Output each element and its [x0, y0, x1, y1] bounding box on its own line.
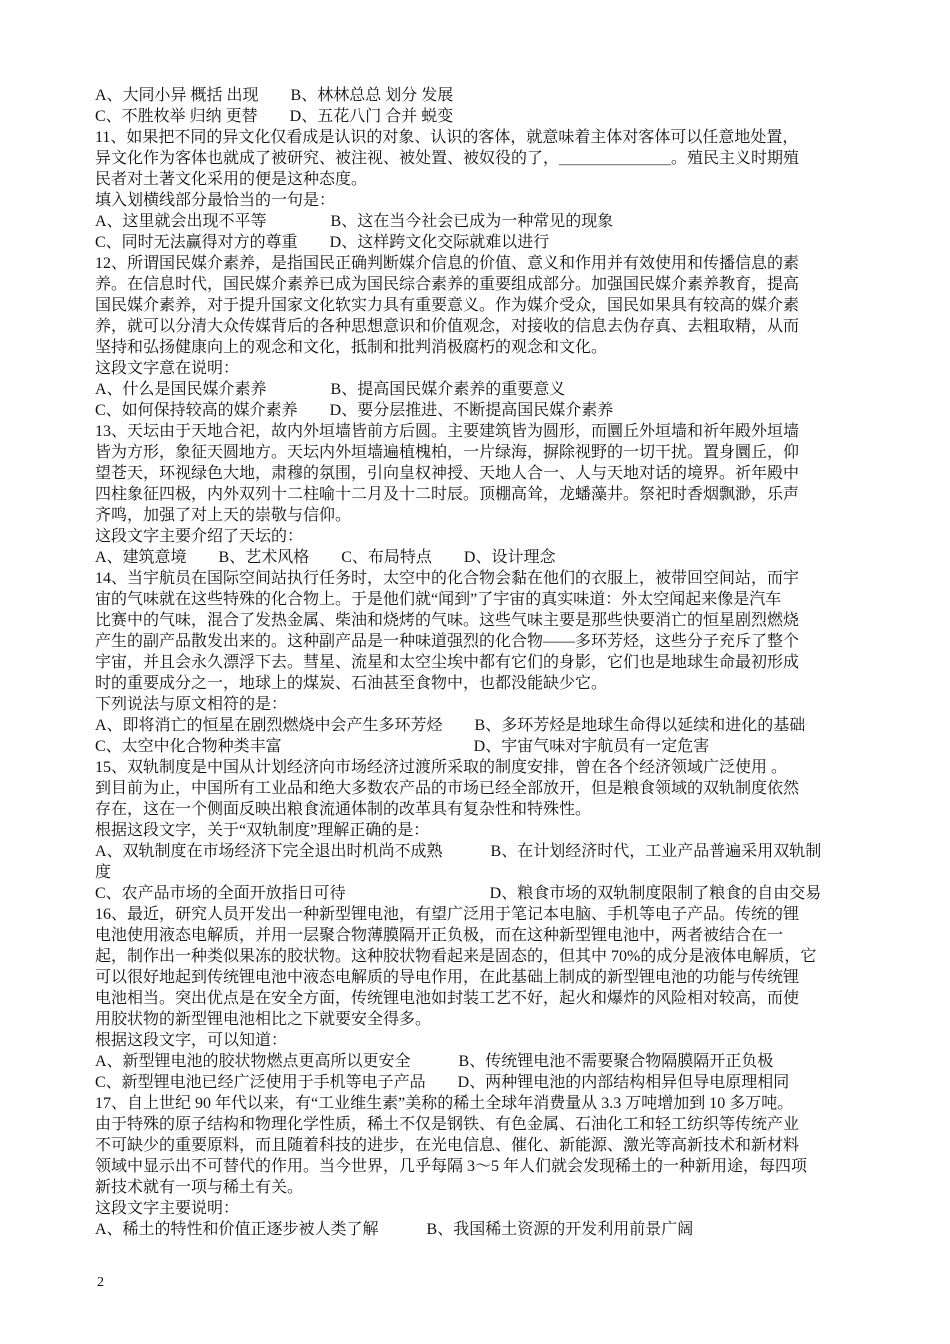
text-line: 养。在信息时代，国民媒介素养已成为国民综合素养的重要组成部分。加强国民媒介素养教…: [95, 274, 885, 295]
text-line: 异文化作为客体也就成了被研究、被注视、被处置、被奴役的了，＿＿＿＿＿＿＿。殖民主…: [95, 148, 885, 169]
text-line: C、农产品市场的全面开放指日可待 D、粮食市场的双轨制度限制了粮食的自由交易: [95, 883, 885, 904]
question-block-14: 14、当宇航员在国际空间站执行任务时，太空中的化合物会黏在他们的衣服上，被带回空…: [95, 568, 885, 757]
question-block-16: 16、最近，研究人员开发出一种新型锂电池，有望广泛用于笔记本电脑、手机等电子产品…: [95, 904, 885, 1093]
text-line: 用胶状物的新型锂电池相比之下就要安全得多。: [95, 1009, 885, 1030]
text-line: 17、自上世纪 90 年代以来，有“工业维生素”美称的稀土全球年消费量从 3.3…: [95, 1093, 885, 1114]
text-line: 不可缺少的重要原料，而且随着科技的进步，在光电信息、催化、新能源、激光等高新技术…: [95, 1135, 885, 1156]
text-line: 新技术就有一项与稀土有关。: [95, 1177, 885, 1198]
text-line: 14、当宇航员在国际空间站执行任务时，太空中的化合物会黏在他们的衣服上，被带回空…: [95, 568, 885, 589]
text-line: 宇宙，并且会永久漂浮下去。彗星、流星和太空尘埃中都有它们的身影，它们也是地球生命…: [95, 652, 885, 673]
text-line: 16、最近，研究人员开发出一种新型锂电池，有望广泛用于笔记本电脑、手机等电子产品…: [95, 904, 885, 925]
text-line: 这段文字主要说明：: [95, 1198, 885, 1219]
text-line: 15、双轨制度是中国从计划经济向市场经济过渡所采取的制度安排，曾在各个经济领域广…: [95, 757, 885, 778]
page-number: 2: [97, 1274, 104, 1292]
text-line: C、太空中化合物种类丰富 D、宇宙气味对宇航员有一定危害: [95, 736, 885, 757]
question-block-11: 11、如果把不同的异文化仅看成是认识的对象、认识的客体，就意味着主体对客体可以任…: [95, 127, 885, 253]
text-line: 产生的副产品散发出来的。这种副产品是一种味道强烈的化合物——多环芳烃，这些分子充…: [95, 631, 885, 652]
text-line: 到目前为止，中国所有工业品和绝大多数农产品的市场已经全部放开，但是粮食领域的双轨…: [95, 778, 885, 799]
text-line: 望苍天，环视绿色大地，肃穆的氛围，引向皇权神授、天地人合一、人与天地对话的境界。…: [95, 463, 885, 484]
text-line: C、如何保持较高的媒介素养 D、要分层推进、不断提高国民媒介素养: [95, 400, 885, 421]
text-line: 12、所谓国民媒介素养，是指国民正确判断媒介信息的价值、意义和作用并有效使用和传…: [95, 253, 885, 274]
text-line: 民者对土著文化采用的便是这种态度。: [95, 169, 885, 190]
text-line: A、新型锂电池的胶状物燃点更高所以更安全 B、传统锂电池不需要聚合物隔膜隔开正负…: [95, 1051, 885, 1072]
text-line: 由于特殊的原子结构和物理化学性质，稀土不仅是钢铁、有色金属、石油化工和轻工纺织等…: [95, 1114, 885, 1135]
text-line: 坚持和弘扬健康向上的观念和文化，抵制和批判消极腐朽的观念和文化。: [95, 337, 885, 358]
text-line: A、双轨制度在市场经济下完全退出时机尚不成熟 B、在计划经济时代，工业产品普遍采…: [95, 841, 885, 862]
text-line: 根据这段文字，可以知道：: [95, 1030, 885, 1051]
text-line: A、即将消亡的恒星在剧烈燃烧中会产生多环芳烃 B、多环芳烃是地球生命得以延续和进…: [95, 715, 885, 736]
text-line: 养，就可以分清大众传媒背后的各种思想意识和价值观念，对接收的信息去伪存真、去粗取…: [95, 316, 885, 337]
text-line: 时的重要成分之一，地球上的煤炭、石油甚至食物中，也都没能缺少它。: [95, 673, 885, 694]
text-line: 存在，这在一个侧面反映出粮食流通体制的改革具有复杂性和特殊性。: [95, 799, 885, 820]
text-line: 宙的气味就在这些特殊的化合物上。于是他们就“闻到”了宇宙的真实味道：外太空闻起来…: [95, 589, 885, 610]
text-line: 这段文字主要介绍了天坛的：: [95, 526, 885, 547]
text-line: 填入划横线部分最恰当的一句是：: [95, 190, 885, 211]
question-block-12: 12、所谓国民媒介素养，是指国民正确判断媒介信息的价值、意义和作用并有效使用和传…: [95, 253, 885, 421]
question-block-13: 13、天坛由于天地合祀，故内外垣墙皆前方后圆。主要建筑皆为圆形，而圜丘外垣墙和祈…: [95, 421, 885, 568]
text-line: 根据这段文字，关于“双轨制度”理解正确的是：: [95, 820, 885, 841]
text-line: 11、如果把不同的异文化仅看成是认识的对象、认识的客体，就意味着主体对客体可以任…: [95, 127, 885, 148]
text-line: 电池相当。突出优点是在安全方面，传统锂电池如封装工艺不好，起火和爆炸的风险相对较…: [95, 988, 885, 1009]
text-line: 13、天坛由于天地合祀，故内外垣墙皆前方后圆。主要建筑皆为圆形，而圜丘外垣墙和祈…: [95, 421, 885, 442]
text-line: 四柱象征四极，内外双列十二柱喻十二月及十二时辰。顶棚高耸，龙蟠藻井。祭祀时香烟飘…: [95, 484, 885, 505]
text-line: 下列说法与原文相符的是：: [95, 694, 885, 715]
text-line: 可以很好地起到传统锂电池中液态电解质的导电作用，在此基础上制成的新型锂电池的功能…: [95, 967, 885, 988]
text-line: 国民媒介素养，对于提升国家文化软实力具有重要意义。作为媒介受众，国民如果具有较高…: [95, 295, 885, 316]
text-line: C、新型锂电池已经广泛使用于手机等电子产品 D、两种锂电池的内部结构相异但导电原…: [95, 1072, 885, 1093]
text-line: A、什么是国民媒介素养 B、提高国民媒介素养的重要意义: [95, 379, 885, 400]
text-line: 电池使用液态电解质，并用一层聚合物薄膜隔开正负极，而在这种新型锂电池中，两者被结…: [95, 925, 885, 946]
question-block-15: 15、双轨制度是中国从计划经济向市场经济过渡所采取的制度安排，曾在各个经济领域广…: [95, 757, 885, 904]
text-line: A、这里就会出现不平等 B、这在当今社会已成为一种常见的现象: [95, 211, 885, 232]
text-line: 这段文字意在说明：: [95, 358, 885, 379]
text-line: 领域中显示出不可替代的作用。当今世界，几乎每隔 3～5 年人们就会发现稀土的一种…: [95, 1156, 885, 1177]
text-line: 度: [95, 862, 885, 883]
exam-question-text: A、大同小异 概括 出现 B、林林总总 划分 发展C、不胜枚举 归纳 更替 D、…: [95, 85, 885, 1240]
text-line: C、不胜枚举 归纳 更替 D、五花八门 合并 蜕变: [95, 106, 885, 127]
question-block-10-options: A、大同小异 概括 出现 B、林林总总 划分 发展C、不胜枚举 归纳 更替 D、…: [95, 85, 885, 127]
text-line: 比赛中的气味，混合了发热金属、柴油和烧烤的气味。这些气味主要是那些快要消亡的恒星…: [95, 610, 885, 631]
text-line: 齐鸣，加强了对上天的崇敬与信仰。: [95, 505, 885, 526]
question-block-17: 17、自上世纪 90 年代以来，有“工业维生素”美称的稀土全球年消费量从 3.3…: [95, 1093, 885, 1240]
text-line: A、稀土的特性和价值正逐步被人类了解 B、我国稀土资源的开发利用前景广阔: [95, 1219, 885, 1240]
text-line: 皆为方形，象征天圆地方。天坛内外垣墙遍植槐柏，一片绿海，摒除视野的一切干扰。置身…: [95, 442, 885, 463]
text-line: C、同时无法赢得对方的尊重 D、这样跨文化交际就难以进行: [95, 232, 885, 253]
text-line: A、大同小异 概括 出现 B、林林总总 划分 发展: [95, 85, 885, 106]
text-line: 起，制作出一种类似果冻的胶状物。这种胶状物看起来是固态的，但其中 70%的成分是…: [95, 946, 885, 967]
text-line: A、建筑意境 B、艺术风格 C、布局特点 D、设计理念: [95, 547, 885, 568]
